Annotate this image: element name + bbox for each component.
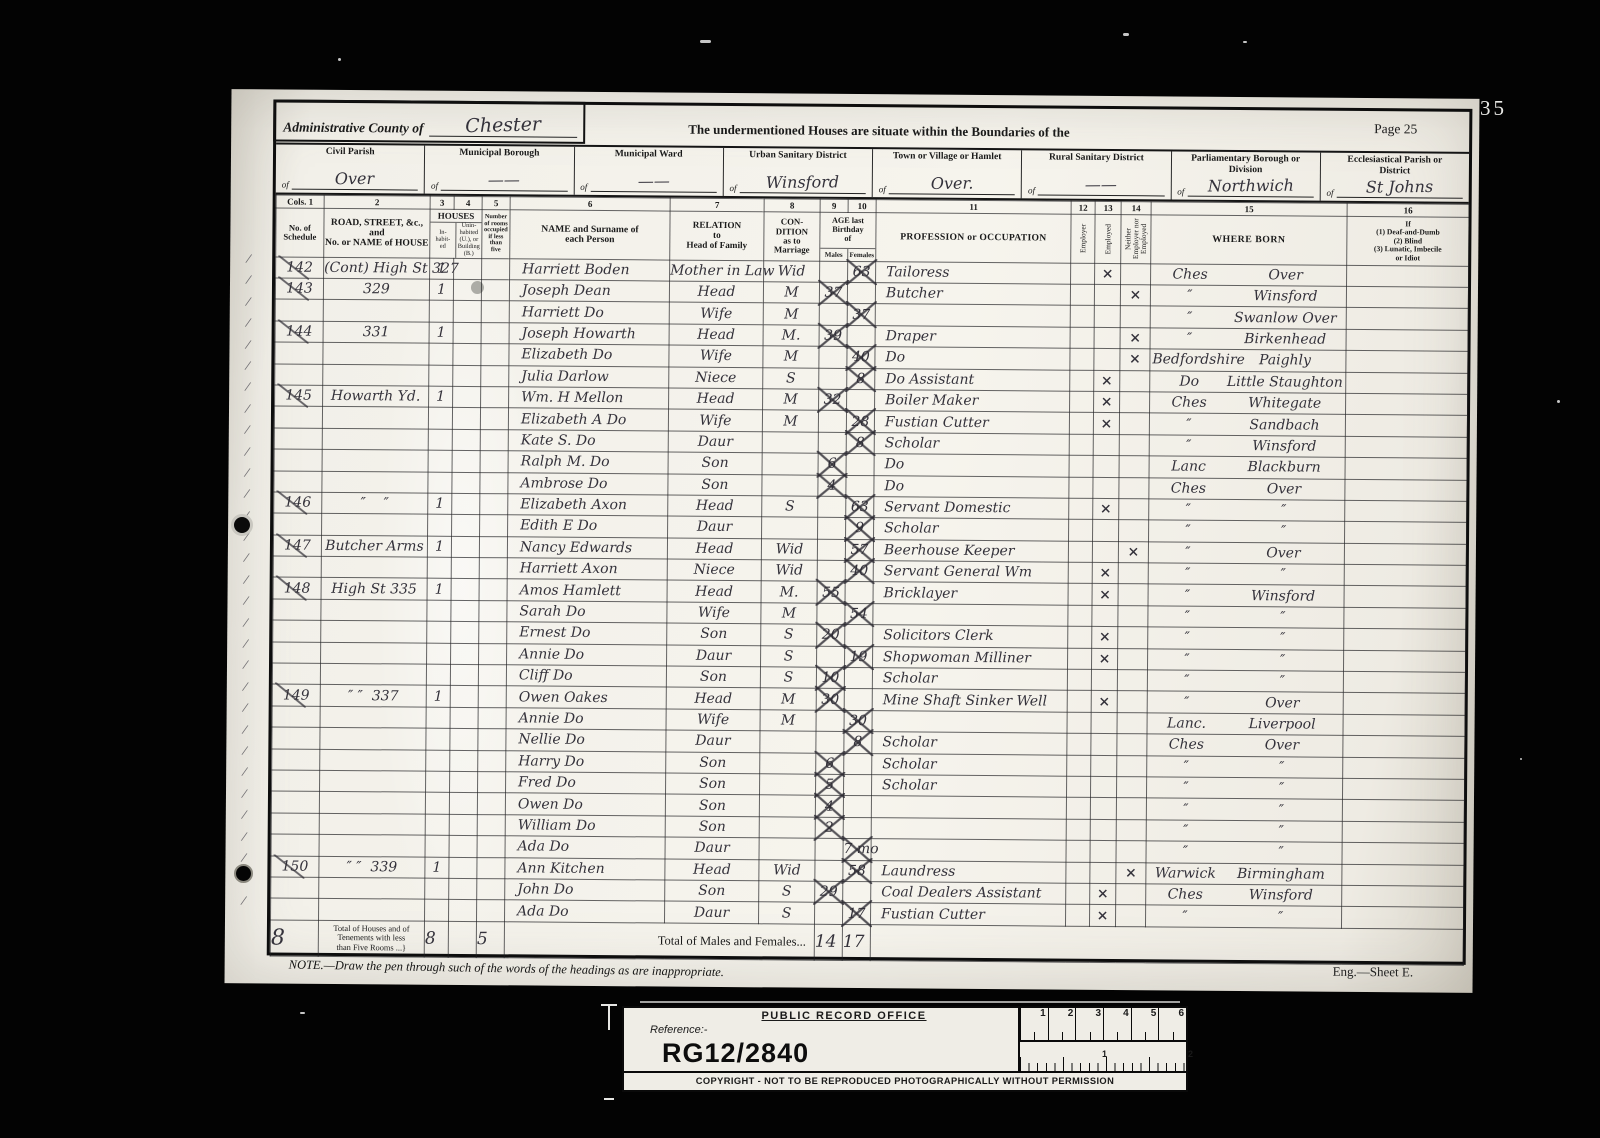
relation-cell: Wife (669, 345, 763, 367)
sheet-label: Eng.—Sheet E. (1333, 964, 1414, 981)
district-cell: Municipal Boroughof—— (425, 146, 575, 195)
age-female-cell: 19 (845, 646, 873, 668)
name-cell: Owen Do (505, 793, 665, 816)
age-male-cell: 6 (818, 453, 846, 475)
film-speck (700, 40, 711, 43)
employed-mark-cell (1091, 712, 1117, 734)
rooms-cell (480, 408, 508, 430)
infirmity-cell (1346, 393, 1468, 415)
employed-mark-cell (1090, 862, 1116, 884)
condition-cell: Wid (761, 538, 817, 560)
col-num-16: 16 (1347, 203, 1469, 217)
occupation-cell (872, 710, 1067, 733)
table-header: Cols. 1 2 3 4 5 6 7 8 9 10 11 12 13 14 (276, 195, 1469, 266)
rooms-cell (479, 579, 507, 601)
admin-county-value: Chester (465, 113, 541, 137)
name-cell: Annie Do (506, 708, 666, 731)
schedule-cell: 144 (275, 321, 323, 343)
schedule-cell (273, 556, 321, 578)
age-female-cell: 57 (845, 539, 873, 561)
born-cell: ″″ (1149, 499, 1345, 522)
check-tick: / (243, 487, 268, 511)
occupation-cell (873, 604, 1068, 627)
age-female-cell: 40 (847, 347, 875, 369)
infirmity-cell (1342, 843, 1464, 865)
employer-mark-cell (1068, 605, 1092, 627)
age-male-cell: 6 (816, 753, 844, 775)
born-cell: ″″ (1147, 648, 1343, 671)
age-male-cell (817, 646, 845, 668)
occupation-cell: Butcher (875, 283, 1070, 306)
name-cell: Ada Do (505, 836, 665, 859)
rooms-cell (479, 558, 507, 580)
condition-cell (759, 817, 815, 839)
infirmity-cell (1344, 564, 1466, 586)
name-cell: Nancy Edwards (507, 536, 667, 559)
infirmity-cell (1345, 436, 1467, 458)
measurement-ruler: 123456 1 2 (1018, 1008, 1186, 1071)
microfilm-scan: 35 Administrative County of Chester The … (0, 0, 1600, 1138)
employer-mark-cell (1068, 626, 1092, 648)
header-road: ROAD, STREET, &c., and No. or NAME of HO… (324, 208, 430, 257)
road-cell: ″ ″ 337 (320, 685, 426, 707)
district-label: Parliamentary Borough or Division (1177, 154, 1313, 176)
reference-label: Reference:- (650, 1024, 707, 1036)
occupation-cell: Do (874, 454, 1069, 477)
age-female-cell (845, 625, 873, 647)
name-cell: Ann Kitchen (505, 857, 665, 880)
name-cell: Ambrose Do (508, 472, 668, 495)
rooms-cell (479, 600, 507, 622)
inhabited-cell (429, 343, 453, 365)
age-female-cell: 63 (846, 496, 874, 518)
neither-mark-cell (1116, 819, 1146, 841)
age-female-cell: 9 (846, 518, 874, 540)
occupation-cell: Fustian Cutter (870, 903, 1065, 926)
employer-mark-cell (1067, 755, 1091, 777)
employed-mark-cell (1090, 819, 1116, 841)
occupation-cell: Draper (875, 325, 1070, 348)
road-cell (322, 449, 428, 471)
uninhabited-cell (451, 536, 479, 558)
uninhabited-cell (452, 408, 480, 430)
header-females: Females (848, 249, 875, 261)
ruler-inch-number: 2 (1188, 1049, 1193, 1059)
males-total: 14 (815, 932, 837, 952)
condition-cell (759, 795, 815, 817)
registration-mark (640, 1001, 1180, 1003)
employer-mark-cell (1069, 455, 1093, 477)
header-where-born: WHERE BORN (1151, 215, 1347, 265)
relation-cell: Head (669, 388, 763, 410)
ruler-box: 1 (1020, 1008, 1048, 1040)
of-label: of (1028, 185, 1035, 195)
check-tick: / (240, 894, 265, 918)
born-cell: ″″ (1147, 755, 1343, 778)
age-male-cell: 2 (815, 817, 843, 839)
inhabited-cell (425, 835, 449, 857)
employer-mark-cell (1069, 477, 1093, 499)
age-male-cell: 32 (819, 389, 847, 411)
infirmity-cell (1343, 714, 1465, 736)
condition-cell: S (762, 496, 818, 518)
road-cell (319, 792, 425, 814)
condition-cell: M (760, 688, 816, 710)
neither-mark-cell: × (1120, 285, 1150, 307)
age-male-cell: 20 (817, 624, 845, 646)
relation-cell: Wife (669, 302, 763, 324)
ruler-box: 4 (1103, 1008, 1131, 1040)
uninhabited-cell (449, 814, 477, 836)
age-female-cell: 8 (847, 368, 875, 390)
infirmity-cell (1344, 543, 1466, 565)
occupation-cell: Do (875, 347, 1070, 370)
uninhabited-cell (450, 664, 478, 686)
name-cell: Sarah Do (507, 601, 667, 624)
name-cell: Elizabeth Axon (508, 494, 668, 517)
schedule-cell (272, 749, 320, 771)
name-cell: Amos Hamlett (507, 579, 667, 602)
district-label: Municipal Ward (580, 149, 716, 161)
of-label: of (729, 183, 736, 193)
name-cell: Ada Do (505, 900, 665, 923)
road-cell (321, 621, 427, 643)
infirmity-cell (1342, 885, 1464, 907)
age-female-cell: 17 (842, 903, 870, 925)
schedule-cell (272, 727, 320, 749)
table-body: 142(Cont) High St 3271Harriett BodenMoth… (271, 257, 1469, 929)
born-cell: ChesWinsford (1146, 884, 1342, 907)
header-relation: RELATION to Head of Family (670, 211, 764, 260)
ruler-box: 5 (1131, 1008, 1159, 1040)
employed-mark-cell: × (1094, 370, 1120, 392)
road-cell (319, 877, 425, 899)
occupation-cell: Do Assistant (875, 368, 1070, 391)
age-male-cell (818, 432, 846, 454)
occupation-cell: Tailoress (876, 261, 1071, 284)
name-cell: Elizabeth A Do (508, 408, 668, 431)
neither-mark-cell (1116, 841, 1146, 863)
infirmity-cell (1345, 457, 1467, 479)
infirmity-cell (1341, 907, 1463, 929)
film-speck (1520, 758, 1522, 760)
inhabited-cell (429, 301, 453, 323)
age-male-cell (814, 903, 842, 925)
occupation-cell: Coal Dealers Assistant (871, 882, 1066, 905)
schedule-cell (274, 406, 322, 428)
header-employer: Employer (1079, 224, 1087, 253)
neither-mark-cell (1119, 456, 1149, 478)
infirmity-cell (1344, 629, 1466, 651)
uninhabited-cell (453, 386, 481, 408)
age-male-cell: 5 (815, 774, 843, 796)
header-rooms: Number of rooms occupied if less than fi… (482, 210, 510, 259)
age-male-cell (815, 860, 843, 882)
film-frame-number: 35 (1480, 96, 1507, 121)
uninhabited-cell (453, 344, 481, 366)
employed-mark-cell (1090, 776, 1116, 798)
relation-cell: Daur (668, 516, 762, 538)
rooms-cell (477, 836, 505, 858)
employer-mark-cell (1066, 819, 1090, 841)
infirmity-cell (1342, 778, 1464, 800)
uninhabited-cell (451, 579, 479, 601)
age-female-cell (847, 282, 875, 304)
employed-mark-cell: × (1095, 263, 1121, 285)
uninhabited-cell (450, 771, 478, 793)
relation-cell: Wife (668, 409, 762, 431)
header-infirmity: If (1) Deaf-and-Dumb (2) Blind (3) Lunat… (1347, 216, 1469, 266)
col-num-2: 2 (324, 195, 430, 209)
rooms-cell (481, 344, 509, 366)
header-condition: CON- DITION as to Marriage (764, 212, 820, 261)
reference-number: RG12/2840 (662, 1038, 809, 1069)
of-label: of (879, 184, 886, 194)
uninhabited-cell (451, 557, 479, 579)
condition-cell: Wid (759, 859, 815, 881)
born-cell: ″Winsford (1149, 435, 1345, 458)
district-value: St Johns (1366, 177, 1434, 197)
age-female-cell (847, 325, 875, 347)
uninhabited-cell (453, 301, 481, 323)
infirmity-cell (1343, 736, 1465, 758)
rooms-cell (478, 665, 506, 687)
rooms-cell (481, 301, 509, 323)
uninhabited-cell (449, 793, 477, 815)
occupation-cell: Scholar (874, 518, 1069, 541)
neither-mark-cell (1116, 777, 1146, 799)
col-num-9: 9 (820, 199, 848, 212)
relation-cell: Head (667, 581, 761, 603)
inhabited-cell (425, 878, 449, 900)
inhabited-cell (428, 472, 452, 494)
employer-mark-cell (1066, 798, 1090, 820)
undermentioned-text: The undermentioned Houses are situate wi… (688, 122, 1138, 142)
condition-cell (762, 474, 818, 496)
age-male-cell: 37 (819, 282, 847, 304)
inhabited-cell (425, 814, 449, 836)
condition-cell: M. (763, 325, 819, 347)
registration-mark (601, 1004, 617, 1006)
road-cell: Butcher Arms (321, 535, 427, 557)
uninhabited-cell (449, 878, 477, 900)
condition-cell (759, 838, 815, 860)
of-label: of (1326, 188, 1333, 198)
road-cell (320, 728, 426, 750)
employed-mark-cell: × (1093, 413, 1119, 435)
header-name: NAME and Surname of each Person (510, 210, 670, 260)
film-speck (300, 1012, 305, 1014)
born-cell: WarwickBirmingham (1146, 862, 1342, 885)
inhabited-cell (428, 450, 452, 472)
rooms-cell (478, 707, 506, 729)
employed-mark-cell (1090, 798, 1116, 820)
born-cell: ChesWhitegate (1150, 392, 1346, 415)
employer-mark-cell (1070, 306, 1094, 328)
road-cell (320, 749, 426, 771)
employer-mark-cell (1070, 284, 1094, 306)
of-label: of (1177, 187, 1184, 197)
neither-mark-cell: × (1116, 862, 1146, 884)
rooms-cell (477, 900, 505, 922)
name-cell: Cliff Do (506, 665, 666, 688)
relation-cell: Son (667, 623, 761, 645)
age-male-cell (815, 838, 843, 860)
age-male-cell (817, 560, 845, 582)
occupation-cell: Scholar (871, 775, 1066, 798)
age-male-cell (819, 346, 847, 368)
road-cell (322, 514, 428, 536)
road-cell (323, 364, 429, 386)
name-cell: Fred Do (506, 772, 666, 795)
name-cell: Wm. H Mellon (509, 387, 669, 410)
age-female-cell: 30 (844, 710, 872, 732)
occupation-cell: Scholar (872, 732, 1067, 755)
condition-cell: S (760, 667, 816, 689)
road-cell (322, 428, 428, 450)
col-num-13: 13 (1095, 201, 1121, 214)
schedule-cell (271, 834, 319, 856)
neither-mark-cell (1120, 392, 1150, 414)
neither-mark-cell (1117, 755, 1147, 777)
inhabited-cell: 1 (425, 857, 449, 879)
condition-cell: Wid (764, 260, 820, 282)
employed-mark-cell: × (1091, 648, 1117, 670)
census-form-page: Administrative County of Chester The und… (225, 89, 1480, 993)
employed-mark-cell (1093, 477, 1119, 499)
col-num-7: 7 (670, 198, 764, 212)
col-num-8: 8 (764, 199, 820, 212)
born-cell: ″Over (1147, 691, 1343, 714)
name-cell: Nellie Do (506, 729, 666, 752)
neither-mark-cell (1118, 563, 1148, 585)
age-male-cell: 4 (818, 475, 846, 497)
occupation-cell: Do (874, 475, 1069, 498)
district-label: Urban Sanitary District (730, 150, 866, 162)
infirmity-cell (1346, 286, 1468, 308)
check-tick: / (244, 316, 269, 340)
uninhabited-cell (454, 258, 482, 280)
infirmity-cell (1342, 864, 1464, 886)
schedule-cell (274, 513, 322, 535)
check-tick: / (244, 380, 269, 404)
uninhabited-cell (452, 493, 480, 515)
col-num-14: 14 (1121, 202, 1151, 215)
punch-hole (231, 514, 253, 536)
district-cell: Town or Village or HamletofOver. (873, 149, 1023, 198)
pro-office-title: PUBLIC RECORD OFFICE (694, 1010, 994, 1022)
district-value: Winsford (766, 172, 839, 192)
inhabited-cell (428, 408, 452, 430)
inhabited-cell: 1 (427, 579, 451, 601)
neither-mark-cell (1118, 605, 1148, 627)
inhabited-cell: 1 (429, 279, 453, 301)
name-cell: John Do (505, 879, 665, 902)
employed-mark-cell (1092, 605, 1118, 627)
born-cell: DoLittle Staughton (1150, 370, 1346, 393)
condition-cell: M (763, 282, 819, 304)
inhabited-cell: 1 (428, 493, 452, 515)
film-speck (1123, 33, 1129, 36)
occupation-cell: Laundress (871, 860, 1066, 883)
col-num-12: 12 (1071, 201, 1095, 214)
road-cell: ″ ″ (322, 492, 428, 514)
infirmity-cell (1346, 329, 1468, 351)
schedule-cell (271, 877, 319, 899)
inhabited-cell: 1 (430, 258, 454, 280)
admin-county-box: Administrative County of Chester (273, 99, 585, 143)
road-cell (321, 599, 427, 621)
header-employed: Employed (1104, 224, 1112, 254)
infirmity-cell (1343, 693, 1465, 715)
schedule-cell (272, 706, 320, 728)
road-cell (323, 343, 429, 365)
col-num-1: Cols. 1 (276, 195, 324, 208)
occupation-cell (875, 304, 1070, 327)
employed-mark-cell (1093, 520, 1119, 542)
neither-mark-cell (1118, 584, 1148, 606)
pro-reference-strip: PUBLIC RECORD OFFICE Reference:- RG12/28… (622, 1006, 1188, 1092)
age-female-cell (847, 389, 875, 411)
occupation-cell: Fustian Cutter (874, 411, 1069, 434)
employer-mark-cell (1067, 712, 1091, 734)
employed-mark-cell: × (1091, 691, 1117, 713)
film-speck (1557, 400, 1560, 403)
age-male-cell (816, 731, 844, 753)
employed-mark-cell (1092, 541, 1118, 563)
inhabited-cell (428, 429, 452, 451)
employer-mark-cell (1069, 413, 1093, 435)
col-num-10: 10 (848, 199, 876, 212)
born-cell: Lanc.Liverpool (1147, 713, 1343, 736)
occupation-cell: Beerhouse Keeper (873, 539, 1068, 562)
uninhabited-cell (453, 322, 481, 344)
condition-cell: M (763, 346, 819, 368)
infirmity-cell (1347, 265, 1469, 287)
road-cell (320, 663, 426, 685)
of-label: of (282, 180, 289, 190)
header-inhabited: In- habit- ed (430, 223, 456, 258)
infirmity-cell (1344, 586, 1466, 608)
rooms-cell (481, 365, 509, 387)
age-female-cell: 63 (848, 261, 876, 283)
houses-total-label: Total of Houses and of Tenements with le… (318, 920, 424, 957)
inhabited-cell (425, 793, 449, 815)
age-male-cell: 55 (817, 582, 845, 604)
road-cell (321, 642, 427, 664)
schedule-cell (275, 342, 323, 364)
uninhabited-cell (453, 365, 481, 387)
neither-mark-cell (1120, 306, 1150, 328)
employer-mark-cell (1070, 370, 1094, 392)
occupation-cell (871, 839, 1066, 862)
district-value: —— (637, 171, 669, 190)
neither-mark-cell (1120, 370, 1150, 392)
age-female-cell: 58 (843, 860, 871, 882)
employed-mark-cell: × (1093, 498, 1119, 520)
name-cell: Ralph M. Do (508, 451, 668, 474)
age-female-cell (843, 796, 871, 818)
employer-mark-cell (1069, 519, 1093, 541)
rooms-cell (477, 857, 505, 879)
relation-cell: Mother in Law (670, 260, 764, 282)
census-table: Cols. 1 2 3 4 5 6 7 8 9 10 11 12 13 14 (270, 194, 1470, 965)
film-speck (338, 58, 341, 61)
employer-mark-cell (1067, 733, 1091, 755)
employed-mark-cell: × (1094, 391, 1120, 413)
age-female-cell (844, 753, 872, 775)
employer-mark-cell (1068, 541, 1092, 563)
